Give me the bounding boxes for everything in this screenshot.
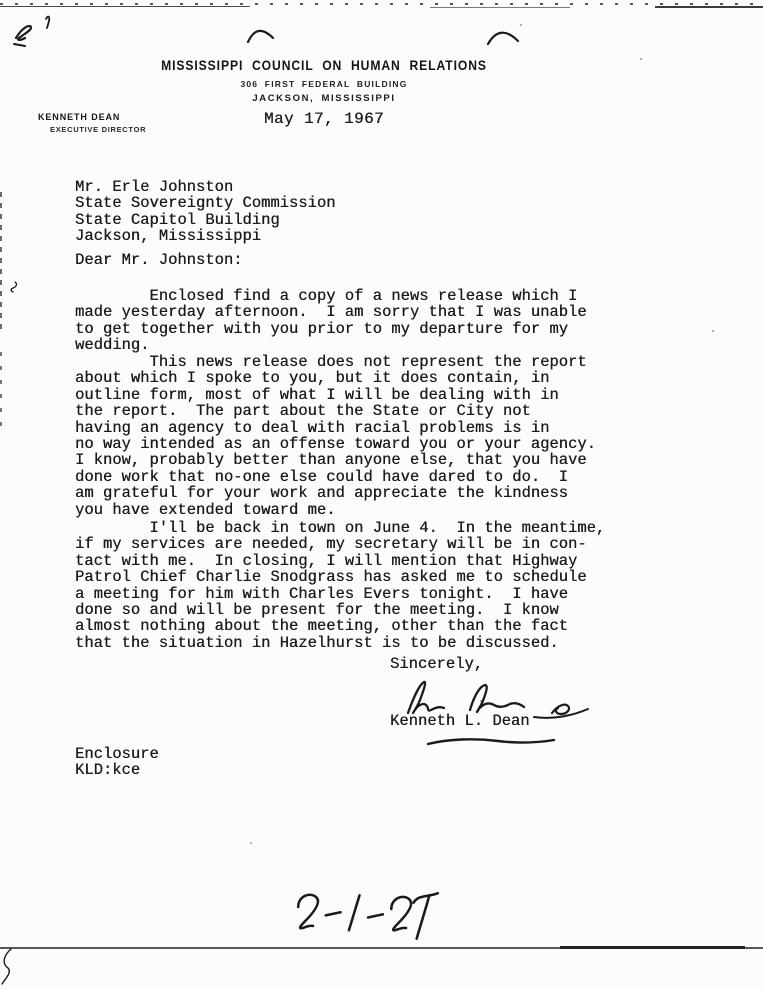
enclosure-reference-block: Enclosure KLD:kce (75, 746, 159, 779)
body-paragraph-2: This news release does not represent the… (75, 354, 596, 518)
body-paragraph-3: I'll be back in town on June 4. In the m… (75, 520, 605, 651)
letterhead-official: KENNETH DEAN EXECUTIVE DIRECTOR (38, 112, 146, 134)
scan-top-dotted-edge (0, 3, 763, 5)
signature-underline-squiggle (426, 736, 556, 748)
recipient-address-block: Mr. Erle Johnston State Sovereignty Comm… (75, 179, 335, 245)
organization-address-line2: JACKSON, MISSISSIPPI (124, 93, 524, 104)
scan-speck (640, 58, 642, 60)
organization-name: MISSISSIPPI COUNCIL ON HUMAN RELATIONS (144, 58, 504, 73)
organization-address-line1: 306 FIRST FEDERAL BUILDING (124, 79, 524, 89)
scan-speck (250, 842, 252, 844)
official-title: EXECUTIVE DIRECTOR (50, 125, 146, 134)
scan-top-line-left (0, 6, 250, 7)
salutation: Dear Mr. Johnston: (75, 252, 242, 268)
handwritten-scribble-topleft (12, 13, 60, 49)
staple-mark-right (486, 28, 520, 46)
letterhead: MISSISSIPPI COUNCIL ON HUMAN RELATIONS 3… (124, 58, 524, 104)
body-paragraph-1: Enclosed find a copy of a news release w… (75, 288, 587, 354)
scan-bottom-line-dark (560, 946, 745, 949)
margin-mark (6, 280, 19, 294)
scan-corner-curl (0, 948, 14, 986)
scan-speck (520, 24, 522, 26)
handwritten-page-number (293, 890, 443, 945)
scan-top-line-right (655, 6, 763, 8)
scan-left-edge-dashes (0, 192, 2, 332)
scan-left-edge-dashes (0, 352, 2, 432)
typed-signature-name: Kenneth L. Dean (390, 713, 530, 729)
letter-date: May 17, 1967 (264, 110, 384, 128)
staple-mark-left (246, 26, 276, 44)
letter-page: MISSISSIPPI COUNCIL ON HUMAN RELATIONS 3… (0, 0, 763, 990)
official-name: KENNETH DEAN (38, 112, 146, 122)
scan-speck (712, 330, 714, 332)
scan-top-line-mid (430, 7, 570, 8)
closing: Sincerely, (390, 656, 483, 672)
